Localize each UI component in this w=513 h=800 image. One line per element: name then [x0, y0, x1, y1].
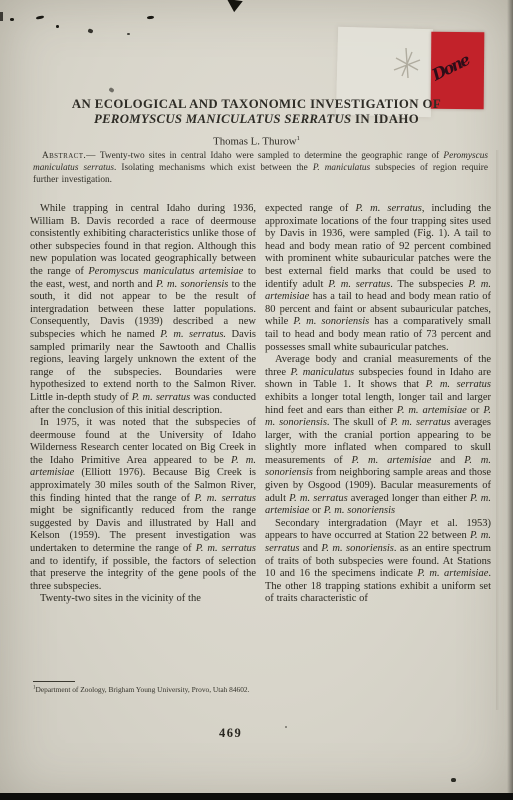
- ink-speck: [36, 15, 44, 20]
- two-column-body: While trapping in central Idaho during 1…: [30, 203, 491, 606]
- title-line-2: PEROMYSCUS MANICULATUS SERRATUS IN IDAHO: [94, 112, 419, 126]
- scan-edge-shadow: [507, 0, 513, 800]
- abstract: Abstract.— Twenty-two sites in central I…: [33, 151, 488, 187]
- scanned-paper-page: Done AN ECOLOGICAL AND TAXONOMIC INVESTI…: [0, 0, 513, 800]
- right-column: expected range of P. m. serratus, includ…: [265, 203, 491, 606]
- sticker-handwriting: Done: [429, 50, 472, 84]
- paragraph: In 1975, it was noted that the subspecie…: [30, 417, 256, 593]
- abstract-text: Twenty-two sites in central Idaho were s…: [33, 151, 488, 185]
- document-header: AN ECOLOGICAL AND TAXONOMIC INVESTIGATIO…: [0, 97, 513, 148]
- paragraph: Secondary intergradation (Mayr et al. 19…: [265, 518, 491, 606]
- paragraph: Twenty-two sites in the vicinity of the: [30, 593, 256, 606]
- ink-speck: [0, 12, 3, 21]
- paragraph: Average body and cranial measurements of…: [265, 354, 491, 518]
- page-number: 469: [219, 726, 242, 741]
- ink-speck: [147, 16, 154, 20]
- author-name: Thomas L. Thurow: [213, 136, 296, 148]
- ink-speck: [10, 18, 14, 21]
- ink-speck: [87, 28, 93, 33]
- ink-speck: [56, 25, 59, 28]
- footnote-rule: [33, 681, 75, 682]
- abstract-label: Abstract.—: [42, 151, 96, 161]
- scan-artifact-triangle: [225, 0, 243, 13]
- title-line-1: AN ECOLOGICAL AND TAXONOMIC INVESTIGATIO…: [72, 97, 441, 111]
- left-column: While trapping in central Idaho during 1…: [30, 203, 256, 606]
- paper-title: AN ECOLOGICAL AND TAXONOMIC INVESTIGATIO…: [0, 97, 513, 126]
- ink-speck: [285, 726, 287, 728]
- ink-speck: [108, 87, 114, 93]
- footnote: 1Department of Zoology, Brigham Young Un…: [33, 685, 271, 694]
- ink-speck: [127, 33, 130, 35]
- ink-speck: [451, 778, 456, 782]
- author-byline: Thomas L. Thurow1: [0, 135, 513, 148]
- paragraph: expected range of P. m. serratus, includ…: [265, 203, 491, 354]
- page-fold-shadow: [496, 150, 499, 710]
- author-footnote-marker: 1: [297, 135, 300, 142]
- scan-edge-bar: [0, 793, 513, 800]
- paragraph: While trapping in central Idaho during 1…: [30, 203, 256, 417]
- pencil-scribble: [388, 44, 430, 97]
- footnote-text: Department of Zoology, Brigham Young Uni…: [36, 685, 250, 694]
